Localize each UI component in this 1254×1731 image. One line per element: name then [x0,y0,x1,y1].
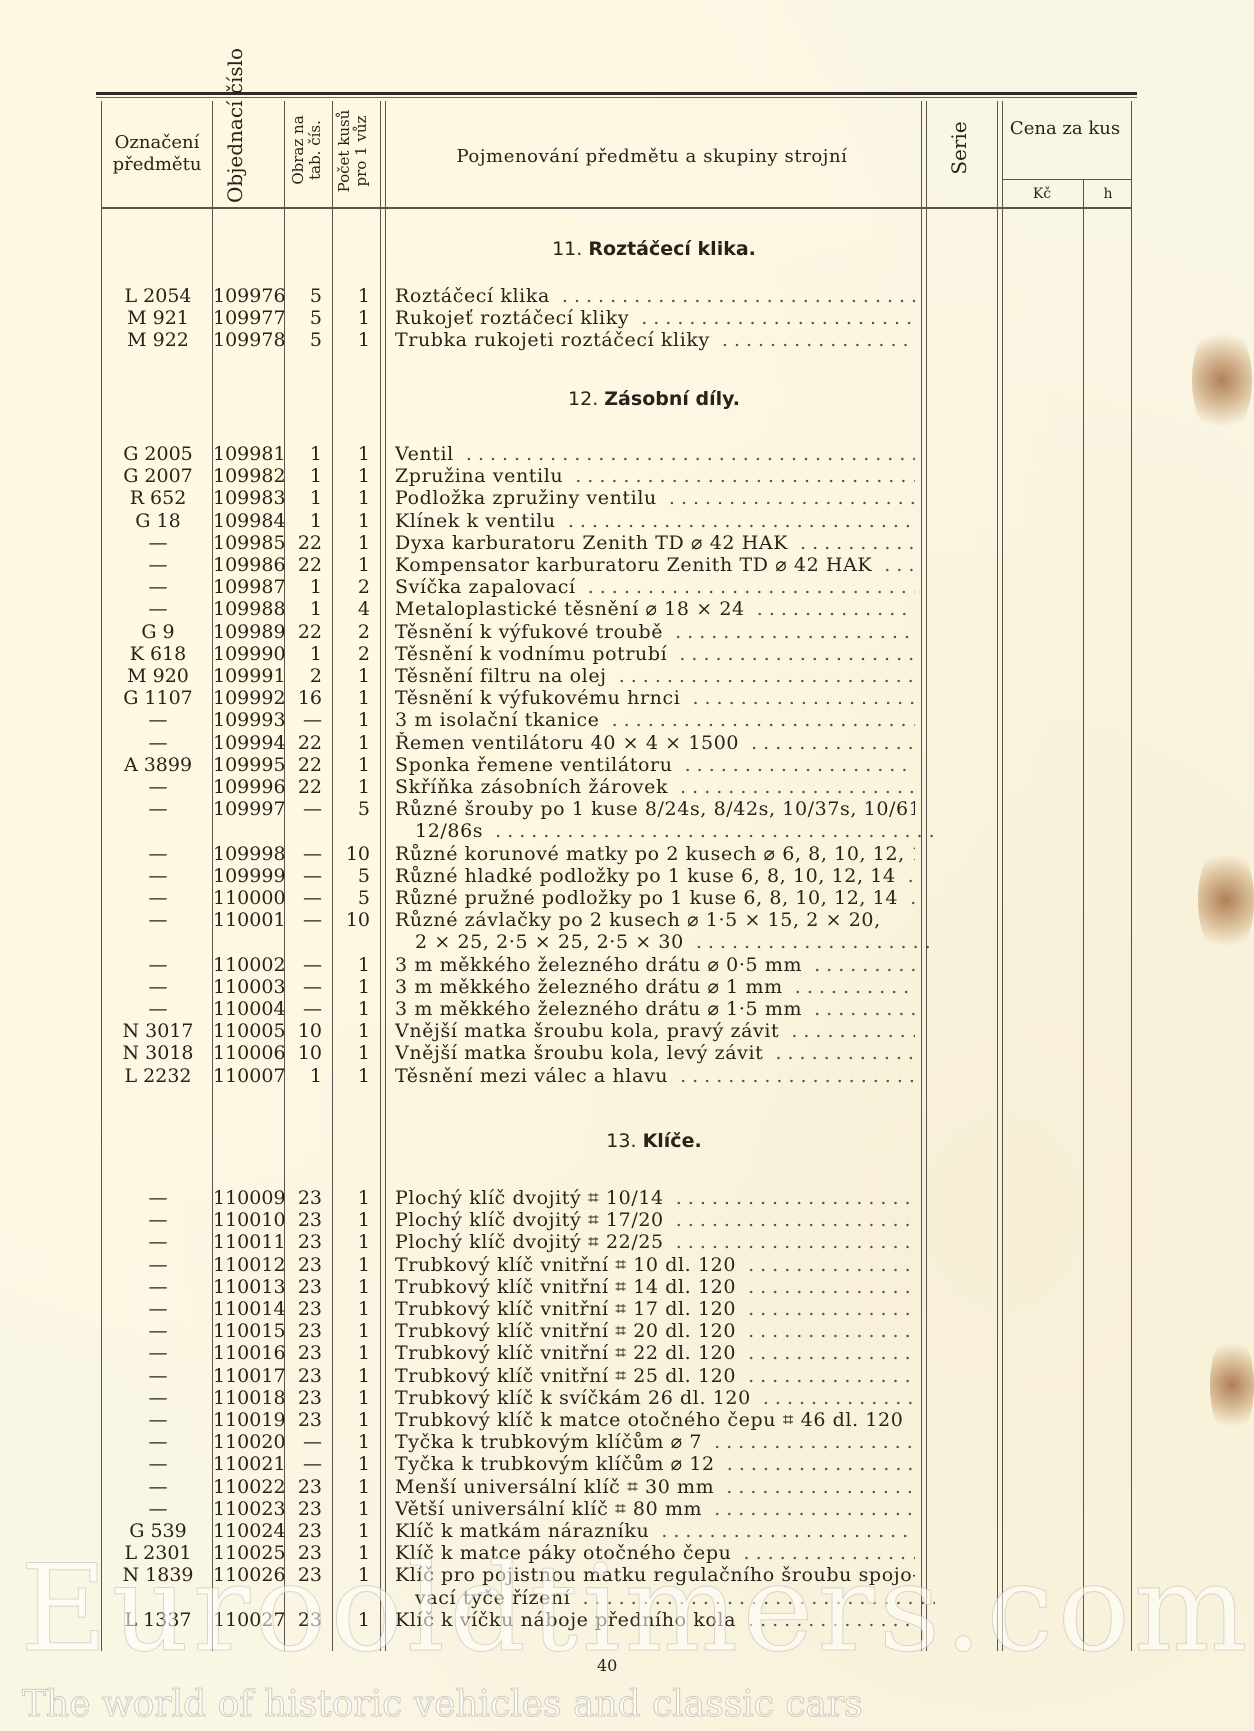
order-number: 110002 [213,954,285,976]
part-mark: — [104,1342,212,1364]
catalog-page: Označení předmětu Objednací číslo Obraz … [0,0,1254,1731]
header-series: Serie [950,118,969,178]
part-description: 3 m měkkého železného drátu ⌀ 1 mm .....… [395,976,915,998]
figure-number: 1 [288,643,322,665]
quantity: 1 [334,998,370,1020]
table-row: —110012231Trubkový klíč vnitřní ⌗ 10 dl.… [0,1254,1254,1276]
description-text: Různé korunové matky po 2 kusech ⌀ 6, 8,… [395,843,915,865]
order-number: 110017 [213,1365,285,1387]
description-text: Trubkový klíč vnitřní ⌗ 14 dl. 120 [395,1276,736,1298]
order-number: 110018 [213,1387,285,1409]
dot-leader: ........................................… [714,1476,915,1498]
order-number: 110021 [213,1453,285,1475]
order-number: 109999 [213,865,285,887]
part-mark: — [104,998,212,1020]
figure-number: — [288,887,322,909]
order-number: 109990 [213,643,285,665]
header-divider [101,207,1131,209]
order-number: 110022 [213,1476,285,1498]
quantity: 1 [334,665,370,687]
part-description: Různé pružné podložky po 1 kuse 6, 8, 10… [395,887,915,909]
figure-number: 23 [288,1231,322,1253]
order-number: 109996 [213,776,285,798]
table-row: —109985221Dyxa karburatoru Zenith TD ⌀ 4… [0,532,1254,554]
header-description: Pojmenování předmětu a skupiny strojní [384,146,920,168]
quantity: 1 [334,510,370,532]
quantity: 1 [334,1020,370,1042]
part-mark: — [104,1187,212,1209]
table-row: —10998814Metaloplastické těsnění ⌀ 18 × … [0,598,1254,620]
watermark: Eurooldtimers.com [20,1540,1252,1679]
table-row: G 539110024231Klíč k matkám nárazníku ..… [0,1520,1254,1542]
figure-number: 23 [288,1520,322,1542]
description-text: Dyxa karburatoru Zenith TD ⌀ 42 HAK [395,532,788,554]
description-text: Klínek k ventilu [395,510,556,532]
section-number: 13. [606,1130,636,1152]
figure-number: 22 [288,621,322,643]
section-number: 11. [552,238,582,260]
figure-number: 16 [288,687,322,709]
quantity: 1 [334,954,370,976]
order-number: 109994 [213,732,285,754]
part-description: Klínek k ventilu .......................… [395,510,915,532]
dot-leader: ........................................… [802,954,915,976]
figure-number: 22 [288,554,322,576]
table-row: G 9109989222Těsnění k výfukové troubě ..… [0,621,1254,643]
part-description: Plochý klíč dvojitý ⌗ 17/20 ............… [395,1209,915,1231]
table-row: —109994221Řemen ventilátoru 40 × 4 × 150… [0,732,1254,754]
description-text: Těsnění k výfukové troubě [395,621,663,643]
part-mark: — [104,865,212,887]
table-row: R 65210998311Podložka zpružiny ventilu .… [0,487,1254,509]
part-description: Svíčka zapalovací ......................… [395,576,915,598]
part-description: Trubkový klíč vnitřní ⌗ 22 dl. 120 .....… [395,1342,915,1364]
dot-leader: ........................................… [556,510,915,532]
figure-number: — [288,1453,322,1475]
section-name: Zásobní díly. [604,388,740,410]
table-row: —110001—10Různé závlačky po 2 kusech ⌀ 1… [0,909,1254,931]
description-text: Různé šrouby po 1 kuse 8/24s, 8/42s, 10/… [395,798,915,820]
table-row: —10998712Svíčka zapalovací .............… [0,576,1254,598]
table-row: —110002—13 m měkkého železného drátu ⌀ 0… [0,954,1254,976]
description-text: Zpružina ventilu [395,465,563,487]
order-number: 110001 [213,909,285,931]
order-number: 109989 [213,621,285,643]
part-mark: — [104,887,212,909]
figure-number: 5 [288,307,322,329]
part-mark: G 539 [104,1520,212,1542]
order-number: 109983 [213,487,285,509]
dot-leader: ........................................… [684,931,935,953]
table-row: —109996221Skříňka zásobních žárovek ....… [0,776,1254,798]
figure-number: 23 [288,1342,322,1364]
table-row: —110009231Plochý klíč dvojitý ⌗ 10/14 ..… [0,1187,1254,1209]
dot-leader: ........................................… [736,1320,915,1342]
figure-number: — [288,709,322,731]
part-mark: — [104,976,212,998]
dot-leader: ........................................… [739,732,915,754]
table-row: L 223211000711Těsnění mezi válec a hlavu… [0,1065,1254,1087]
order-number: 110009 [213,1187,285,1209]
part-description: 3 m měkkého železného drátu ⌀ 0·5 mm ...… [395,954,915,976]
table-row: M 92210997851Trubka rukojeti roztáčecí k… [0,329,1254,351]
dot-leader: ........................................… [454,443,915,465]
figure-number: — [288,909,322,931]
description-text: Tyčka k trubkovým klíčům ⌀ 7 [395,1431,702,1453]
order-number: 110019 [213,1409,285,1431]
quantity: 1 [334,554,370,576]
description-text: Trubkový klíč vnitřní ⌗ 20 dl. 120 [395,1320,736,1342]
part-mark: — [104,843,212,865]
dot-leader: ........................................… [664,1187,915,1209]
part-mark: G 2007 [104,465,212,487]
table-row: N 3018110006101Vnější matka šroubu kola,… [0,1042,1254,1064]
dot-leader: ........................................… [783,976,915,998]
description-text: Trubkový klíč vnitřní ⌗ 17 dl. 120 [395,1298,736,1320]
dot-leader: ........................................… [745,598,915,620]
description-text: Roztáčecí klika [395,285,550,307]
dot-leader: ........................................… [736,1298,915,1320]
part-description: Těsnění k vodnímu potrubí ..............… [395,643,915,665]
table-row: —109999—5Různé hladké podložky po 1 kuse… [0,865,1254,887]
description-text: 3 m isolační tkanice [395,709,600,731]
order-number: 109995 [213,754,285,776]
dot-leader: ........................................… [600,709,915,731]
figure-number: 5 [288,285,322,307]
quantity: 1 [334,1520,370,1542]
quantity: 1 [334,1365,370,1387]
header-figure: Obraz na tab. čís. [290,110,324,190]
part-mark: — [104,1276,212,1298]
dot-leader: ........................................… [872,554,915,576]
figure-number: 23 [288,1254,322,1276]
quantity: 1 [334,776,370,798]
order-number: 110004 [213,998,285,1020]
table-row: —110016231Trubkový klíč vnitřní ⌗ 22 dl.… [0,1342,1254,1364]
figure-number: — [288,976,322,998]
description-text: Těsnění mezi válec a hlavu [395,1065,668,1087]
order-number: 110005 [213,1020,285,1042]
description-text: 3 m měkkého železného drátu ⌀ 0·5 mm [395,954,802,976]
quantity: 1 [334,285,370,307]
quantity: 1 [334,1453,370,1475]
part-description-continuation: 12/86s .................................… [395,820,935,842]
figure-number: 10 [288,1020,322,1042]
part-mark: — [104,598,212,620]
dot-leader: ........................................… [483,820,935,842]
part-description: Sponka řemene ventilátoru ..............… [395,754,915,776]
part-description: Podložka zpružiny ventilu ..............… [395,487,915,509]
part-mark: — [104,1209,212,1231]
part-mark: R 652 [104,487,212,509]
quantity: 1 [334,1409,370,1431]
part-mark: — [104,576,212,598]
top-rule-thin [96,97,1137,98]
description-text: Trubkový klíč vnitřní ⌗ 22 dl. 120 [395,1342,736,1364]
quantity: 5 [334,887,370,909]
dot-leader: ........................................… [668,776,915,798]
quantity: 5 [334,865,370,887]
description-text: Vnější matka šroubu kola, pravý závit [395,1020,779,1042]
section-title: 11. Roztáčecí klika. [384,238,924,260]
figure-number: — [288,798,322,820]
quantity: 1 [334,307,370,329]
quantity: 1 [334,1209,370,1231]
order-number: 110020 [213,1431,285,1453]
description-text: Klíč k matkám nárazníku [395,1520,649,1542]
table-row: —110022231Menší universální klíč ⌗ 30 mm… [0,1476,1254,1498]
description-text: Trubka rukojeti roztáčecí kliky [395,329,710,351]
part-description: Roztáčecí klika ........................… [395,285,915,307]
quantity: 10 [334,909,370,931]
part-mark: G 1107 [104,687,212,709]
part-mark: — [104,1320,212,1342]
figure-number: 23 [288,1498,322,1520]
description-text: Vnější matka šroubu kola, levý závit [395,1042,763,1064]
figure-number: 1 [288,1065,322,1087]
price-subheader-divider [1002,179,1131,180]
part-mark: — [104,1498,212,1520]
part-mark: — [104,1365,212,1387]
top-rule [96,92,1137,95]
part-description: Těsnění k výfukové troubě ..............… [395,621,915,643]
order-number: 109982 [213,465,285,487]
table-row: —109993—13 m isolační tkanice ..........… [0,709,1254,731]
dot-leader: ........................................… [763,1042,915,1064]
quantity: 1 [334,443,370,465]
part-description: Trubkový klíč vnitřní ⌗ 17 dl. 120 .....… [395,1298,915,1320]
table-row: —110010231Plochý klíč dvojitý ⌗ 17/20 ..… [0,1209,1254,1231]
table-row: G 200710998211Zpružina ventilu .........… [0,465,1254,487]
header-price: Cena za kus [1002,118,1128,140]
dot-leader: ........................................… [898,887,915,909]
figure-number: 5 [288,329,322,351]
quantity: 1 [334,754,370,776]
quantity: 1 [334,1276,370,1298]
part-description: Těsnění mezi válec a hlavu .............… [395,1065,915,1087]
table-row: A 3899109995221Sponka řemene ventilátoru… [0,754,1254,776]
dot-leader: ........................................… [736,1365,915,1387]
dot-leader: ........................................… [629,307,915,329]
description-text: 2 × 25, 2·5 × 25, 2·5 × 30 [415,931,684,953]
paper-stain [1210,1330,1254,1440]
figure-number: 23 [288,1387,322,1409]
dot-leader: ........................................… [779,1020,915,1042]
table-row: —110015231Trubkový klíč vnitřní ⌗ 20 dl.… [0,1320,1254,1342]
quantity: 1 [334,1498,370,1520]
description-text: 3 m měkkého železného drátu ⌀ 1·5 mm [395,998,802,1020]
paper-stain [1198,840,1254,960]
table-row-continuation: 12/86s .................................… [0,820,1254,842]
part-description: Rukojeť roztáčecí kliky ................… [395,307,915,329]
dot-leader: ........................................… [563,465,915,487]
part-mark: — [104,532,212,554]
header-order-number: Objednací číslo [226,103,245,203]
watermark-tagline: The world of historic vehicles and class… [22,1684,863,1725]
quantity: 2 [334,643,370,665]
part-mark: L 2054 [104,285,212,307]
part-description: Tyčka k trubkovým klíčům ⌀ 12 ..........… [395,1453,915,1475]
dot-leader: ........................................… [702,1431,915,1453]
figure-number: 22 [288,754,322,776]
order-number: 109993 [213,709,285,731]
description-text: Metaloplastické těsnění ⌀ 18 × 24 [395,598,745,620]
figure-number: 23 [288,1409,322,1431]
quantity: 4 [334,598,370,620]
description-text: Skříňka zásobních žárovek [395,776,668,798]
table-row: —110021—1Tyčka k trubkovým klíčům ⌀ 12 .… [0,1453,1254,1475]
description-text: Trubkový klíč vnitřní ⌗ 10 dl. 120 [395,1254,736,1276]
figure-number: — [288,1431,322,1453]
part-mark: N 3018 [104,1042,212,1064]
figure-number: 22 [288,532,322,554]
part-mark: M 921 [104,307,212,329]
order-number: 110010 [213,1209,285,1231]
quantity: 1 [334,687,370,709]
order-number: 109976 [213,285,285,307]
part-description: Těsnění k výfukovému hrnci .............… [395,687,915,709]
quantity: 1 [334,487,370,509]
part-description: Trubkový klíč vnitřní ⌗ 25 dl. 120 .....… [395,1365,915,1387]
description-text: Plochý klíč dvojitý ⌗ 22/25 [395,1231,664,1253]
table-row: —110014231Trubkový klíč vnitřní ⌗ 17 dl.… [0,1298,1254,1320]
dot-leader: ........................................… [788,532,915,554]
quantity: 1 [334,532,370,554]
quantity: 1 [334,709,370,731]
part-description: Různé šrouby po 1 kuse 8/24s, 8/42s, 10/… [395,798,915,820]
figure-number: 2 [288,665,322,687]
header-price-h: h [1086,183,1130,205]
figure-number: 23 [288,1209,322,1231]
table-row: N 3017110005101Vnější matka šroubu kola,… [0,1020,1254,1042]
dot-leader: ........................................… [664,1209,915,1231]
order-number: 109991 [213,665,285,687]
part-description: Trubkový klíč vnitřní ⌗ 14 dl. 120 .....… [395,1276,915,1298]
table-row: —110013231Trubkový klíč vnitřní ⌗ 14 dl.… [0,1276,1254,1298]
figure-number: 23 [288,1476,322,1498]
part-description: Vnější matka šroubu kola, pravý závit ..… [395,1020,915,1042]
table-row: G 1810998411Klínek k ventilu ...........… [0,510,1254,532]
figure-number: 23 [288,1298,322,1320]
quantity: 1 [334,1320,370,1342]
quantity: 5 [334,798,370,820]
table-row: L 205410997651Roztáčecí klika ..........… [0,285,1254,307]
part-description: Tyčka k trubkovým klíčům ⌀ 7 ...........… [395,1431,915,1453]
quantity: 1 [334,1042,370,1064]
part-description: Menší universální klíč ⌗ 30 mm .........… [395,1476,915,1498]
dot-leader: ........................................… [668,1065,915,1087]
section-title: 13. Klíče. [384,1130,924,1152]
order-number: 109986 [213,554,285,576]
figure-number: — [288,843,322,865]
part-description: Skříňka zásobních žárovek ..............… [395,776,915,798]
figure-number: 1 [288,443,322,465]
header-quantity: Počet kusů pro 1 vůz [336,104,370,198]
part-description: Trubkový klíč vnitřní ⌗ 20 dl. 120 .....… [395,1320,915,1342]
description-text: Svíčka zapalovací [395,576,576,598]
part-description: Ventil .................................… [395,443,915,465]
table-row: —110018231Trubkový klíč k svíčkám 26 dl.… [0,1387,1254,1409]
part-mark: N 3017 [104,1020,212,1042]
order-number: 109981 [213,443,285,465]
description-text: Různé závlačky po 2 kusech ⌀ 1·5 × 15, 2… [395,909,881,931]
part-description: Trubkový klíč vnitřní ⌗ 10 dl. 120 .....… [395,1254,915,1276]
part-mark: G 9 [104,621,212,643]
dot-leader: ........................................… [667,643,915,665]
table-row: —110020—1Tyčka k trubkovým klíčům ⌀ 7 ..… [0,1431,1254,1453]
table-row: —109986221Kompensator karburatoru Zenith… [0,554,1254,576]
part-description: Různé závlačky po 2 kusech ⌀ 1·5 × 15, 2… [395,909,915,931]
order-number: 110013 [213,1276,285,1298]
order-number: 109988 [213,598,285,620]
table-row: —110011231Plochý klíč dvojitý ⌗ 22/25 ..… [0,1231,1254,1253]
order-number: 110024 [213,1520,285,1542]
part-description: Trubkový klíč k svíčkám 26 dl. 120 .....… [395,1387,915,1409]
table-row: —110004—13 m měkkého železného drátu ⌀ 1… [0,998,1254,1020]
description-text: Různé hladké podložky po 1 kuse 6, 8, 10… [395,865,896,887]
part-mark: M 922 [104,329,212,351]
order-number: 110012 [213,1254,285,1276]
figure-number: 23 [288,1187,322,1209]
description-text: Menší universální klíč ⌗ 30 mm [395,1476,714,1498]
quantity: 1 [334,1476,370,1498]
order-number: 110015 [213,1320,285,1342]
part-mark: — [104,1453,212,1475]
part-description: Klíč k matkám nárazníku ................… [395,1520,915,1542]
part-description: Těsnění filtru na olej .................… [395,665,915,687]
order-number: 109977 [213,307,285,329]
part-mark: — [104,709,212,731]
order-number: 110000 [213,887,285,909]
part-description: Řemen ventilátoru 40 × 4 × 1500 ........… [395,732,915,754]
quantity: 1 [334,1254,370,1276]
dot-leader: ........................................… [736,1342,915,1364]
quantity: 1 [334,465,370,487]
part-description: Dyxa karburatoru Zenith TD ⌀ 42 HAK ....… [395,532,915,554]
part-description: Různé korunové matky po 2 kusech ⌀ 6, 8,… [395,843,915,865]
figure-number: 22 [288,776,322,798]
table-row: M 92110997751Rukojeť roztáčecí kliky ...… [0,307,1254,329]
figure-number: — [288,954,322,976]
part-mark: G 18 [104,510,212,532]
description-text: Větší universální klíč ⌗ 80 mm [395,1498,702,1520]
part-mark: — [104,954,212,976]
quantity: 1 [334,976,370,998]
figure-number: 1 [288,465,322,487]
figure-number: 1 [288,487,322,509]
dot-leader: ........................................… [550,285,915,307]
header-price-kc: Kč [1002,183,1082,205]
dot-leader: ........................................… [903,1409,915,1431]
table-row: —110023231Větší universální klíč ⌗ 80 mm… [0,1498,1254,1520]
description-text: Různé pružné podložky po 1 kuse 6, 8, 10… [395,887,898,909]
part-description: 3 m měkkého železného drátu ⌀ 1·5 mm ...… [395,998,915,1020]
table-row-continuation: 2 × 25, 2·5 × 25, 2·5 × 30 .............… [0,931,1254,953]
part-description: Metaloplastické těsnění ⌀ 18 × 24 ......… [395,598,915,620]
quantity: 1 [334,1065,370,1087]
part-mark: M 920 [104,665,212,687]
part-description: Plochý klíč dvojitý ⌗ 22/25 ............… [395,1231,915,1253]
figure-number: 23 [288,1365,322,1387]
table-row: K 61810999012Těsnění k vodnímu potrubí .… [0,643,1254,665]
order-number: 110006 [213,1042,285,1064]
part-mark: — [104,1231,212,1253]
dot-leader: ........................................… [802,998,915,1020]
description-text: Plochý klíč dvojitý ⌗ 10/14 [395,1187,664,1209]
quantity: 2 [334,621,370,643]
figure-number: — [288,998,322,1020]
part-mark: A 3899 [104,754,212,776]
